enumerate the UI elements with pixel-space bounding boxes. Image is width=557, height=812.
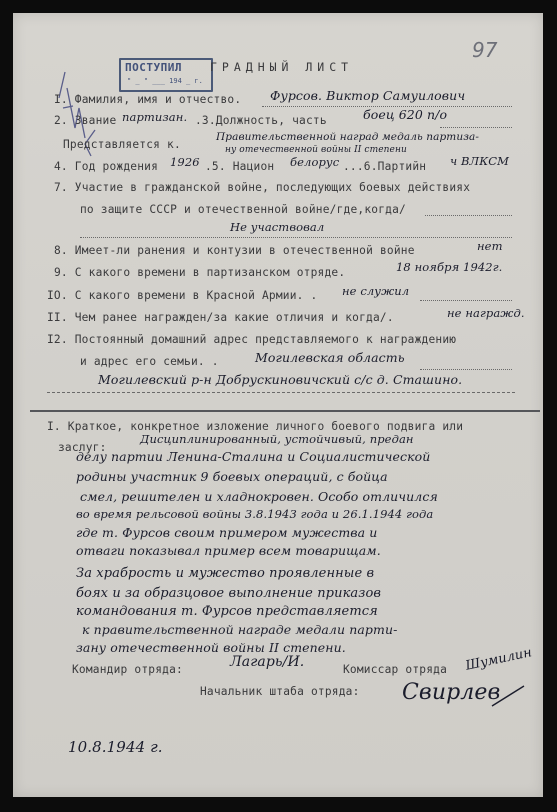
field-8-label: 8. Имеет-ли ранения и контузии в отечест…: [54, 244, 415, 257]
chief-of-staff-label: Начальник штаба отряда:: [200, 685, 360, 698]
field-2-value: партизан.: [122, 110, 187, 124]
section-divider: [30, 410, 540, 412]
commissar-label: Комиссар отряда: [343, 663, 447, 676]
stamp-text: ПОСТУПИЛ: [125, 61, 182, 74]
exploit-text-line: родины участник 9 боевых операций, с бой…: [76, 469, 388, 484]
exploit-text-line: смел, решителен и хладнокровен. Особо от…: [80, 489, 438, 504]
field-11-value: не награжд.: [447, 306, 525, 320]
award-value-line2: ну отечественной войны II степени: [225, 145, 407, 155]
exploit-text-line: командования т. Фурсов представляется: [76, 604, 378, 619]
field-3-dots: [440, 127, 512, 128]
field-7-value: Не участвовал: [230, 220, 324, 234]
field-12-value-line2: Могилевский р-н Добрускиновичский с/с д.…: [98, 372, 462, 387]
field-10-dots: [420, 300, 512, 301]
field-3-value: боец 620 п/о: [363, 107, 447, 122]
field-6-label: ...6.Партийн: [343, 160, 426, 173]
exploit-text-line: зану отечественной войны II степени.: [76, 640, 346, 655]
exploit-text-line: где т. Фурсов своим примером мужества и: [76, 525, 377, 540]
field-7-dots-1: [425, 215, 512, 216]
document-date: 10.8.1944 г.: [68, 738, 163, 756]
award-label: Представляется к.: [63, 138, 181, 151]
chief-of-staff-signature: Свирлев: [402, 680, 500, 705]
field-6-value: ч ВЛКСМ: [450, 154, 509, 168]
archive-page-number: 97: [472, 38, 497, 62]
field-12-dots: [420, 369, 512, 370]
exploit-text-line: боях и за образцовое выполнение приказов: [76, 586, 381, 601]
commander-signature: Лагарь/И.: [230, 654, 304, 670]
exploit-text-line: к правительственной награде медали парти…: [82, 622, 397, 637]
exploit-text-line: во время рельсовой войны 3.8.1943 года и…: [76, 507, 433, 521]
field-3-label: .3.Должность, часть: [195, 114, 327, 127]
field-9-value: 18 ноября 1942г.: [396, 260, 502, 274]
exploit-text-line: отваги показывал пример всем товарищам.: [76, 543, 381, 558]
field-7-label-line1: 7. Участие в гражданской войне, последую…: [54, 181, 470, 194]
received-stamp: ПОСТУПИЛ " _ " ___ 194 _ г.: [119, 58, 213, 92]
field-1-value: Фурсов. Виктор Самуилович: [270, 88, 465, 103]
field-4-value: 1926: [170, 155, 200, 169]
field-12-label-line1: I2. Постоянный домашний адрес представля…: [47, 333, 456, 346]
field-12-label-line2: и адрес его семьи. .: [80, 355, 219, 368]
field-10-label: IO. С какого времени в Красной Армии. .: [47, 289, 317, 302]
field-5-label: .5. Национ: [205, 160, 274, 173]
field-2-label: 2. Звание: [54, 114, 116, 127]
field-1-label: I. Фамилия, имя и отчество.: [54, 93, 241, 106]
field-5-value: белорус: [290, 155, 339, 169]
field-8-value: нет: [477, 239, 503, 253]
field-7-dots-2: [80, 237, 512, 238]
document-title: ГРАДНЫЙ ЛИСТ: [210, 60, 353, 74]
exploit-text-line: Дисциплинированный, устойчивый, предан: [140, 432, 414, 446]
award-value-line1: Правительственной наград медаль партиза-: [216, 131, 479, 143]
field-12-value-line1: Могилевская область: [255, 350, 405, 365]
field-11-label: II. Чем ранее награжден/за какие отличия…: [47, 311, 394, 324]
field-10-value: не служил: [342, 284, 409, 298]
exploit-text-line: За храбрость и мужество проявленные в: [76, 566, 374, 581]
commander-label: Командир отряда:: [72, 663, 183, 676]
exploit-text-line: делу партии Ленина-Сталина и Социалистич…: [76, 449, 430, 464]
field-7-label-line2: по защите СССР и отечественной войне/где…: [80, 203, 406, 216]
field-12-dashline: [47, 392, 515, 393]
field-9-label: 9. С какого времени в партизанском отряд…: [54, 266, 345, 279]
stamp-date-line: " _ " ___ 194 _ г.: [127, 77, 203, 85]
field-4-label: 4. Год рождения: [54, 160, 158, 173]
